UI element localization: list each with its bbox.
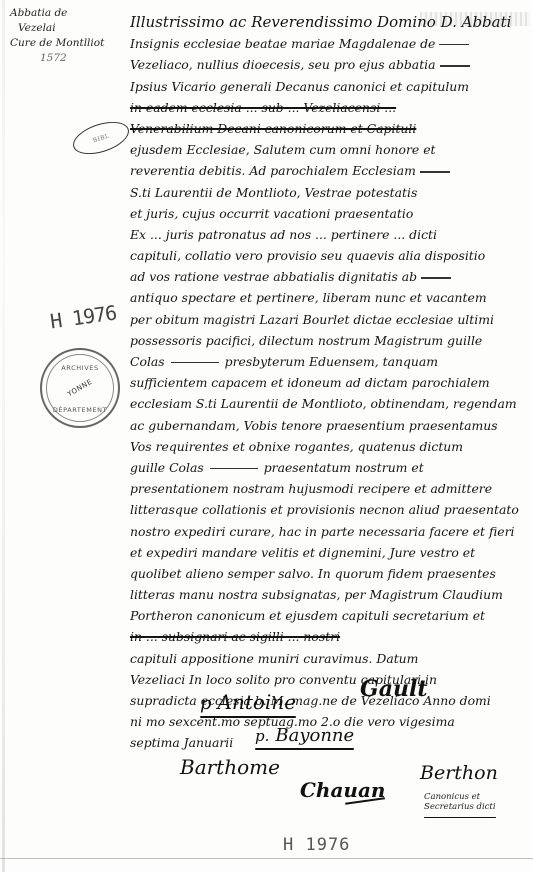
signature-text: Bayonne <box>275 725 354 746</box>
body-line: ad vos ratione vestrae abbatialis dignit… <box>130 266 530 287</box>
signature-underline <box>255 748 354 750</box>
margin-annotation: Abbatia de Vezelai Cure de Montlliot 157… <box>10 6 122 66</box>
signature-title: Canonicus et Secretarius dicti <box>424 792 496 812</box>
body-line: sufficientem capacem et idoneum ad dicta… <box>130 372 530 393</box>
page-bottom-edge <box>0 858 533 859</box>
signature-text: Antoine <box>218 690 297 714</box>
signature-title-line: Secretarius dicti <box>424 802 496 812</box>
body-line: Insignis ecclesiae beatae mariae Magdale… <box>130 33 530 54</box>
body-line: ac gubernandam, Vobis tenore praesentium… <box>130 415 530 436</box>
stamp-bottom-text: DÉPARTEMENT <box>42 406 118 414</box>
signature-antoine: pAntoine <box>200 690 296 714</box>
body-line: Vos requirentes et obnixe rogantes, quat… <box>130 436 530 457</box>
body-line-struck: in eadem ecclesia ... sub ... Vezeliacen… <box>130 97 530 118</box>
margin-note-line: Abbatia de <box>10 6 122 21</box>
body-line: capituli, collatio vero provisio seu qua… <box>130 245 530 266</box>
body-line: possessoris pacifici, dilectum nostrum M… <box>130 330 530 351</box>
body-line: supradicta ecclesia b. M. mag.ne de Veze… <box>130 690 530 711</box>
body-line: litteras manu nostra subsignatas, per Ma… <box>130 584 530 605</box>
signature-text: Gault <box>360 676 428 702</box>
body-line: Ipsius Vicario generali Decanus canonici… <box>130 76 530 97</box>
body-line: et expediri mandare velitis et dignemini… <box>130 542 530 563</box>
body-line: capituli appositione muniri curavimus. D… <box>130 648 530 669</box>
oval-stamp: BIBL <box>69 116 133 161</box>
body-line-partially-struck: in ... subsignari ac sigilli ... nostri <box>130 626 530 647</box>
body-line: litterasque collationis et provisionis n… <box>130 499 530 520</box>
signature-text: Berthon <box>420 762 498 784</box>
body-line: ejusdem Ecclesiae, Salutem cum omni hono… <box>130 139 530 160</box>
margin-note-year: 1572 <box>10 51 122 66</box>
body-line: presentationem nostram hujusmodi reciper… <box>130 478 530 499</box>
signature-barthome: Barthome <box>180 755 280 779</box>
body-line-struck: Venerabilium Decani canonicorum et Capit… <box>130 118 530 139</box>
body-line: Colaspresbyterum Eduensem, tanquam <box>130 351 530 372</box>
margin-note-line: Cure de Montlliot <box>10 36 122 51</box>
body-line: et juris, cujus occurrit vacationi praes… <box>130 203 530 224</box>
body-line: per obitum magistri Lazari Bourlet dicta… <box>130 309 530 330</box>
body-line: Illustrissimo ac Reverendissimo Domino D… <box>130 12 530 33</box>
signature-underline <box>424 817 496 818</box>
archive-number: H 1976 <box>283 835 350 855</box>
signature-text: Barthome <box>180 755 280 779</box>
signature-text: Chauan <box>300 778 385 802</box>
body-line: quolibet alieno semper salvo. In quorum … <box>130 563 530 584</box>
signature-berthon: Berthon <box>420 762 498 784</box>
signature-prefix: p <box>200 693 212 714</box>
signature-underline <box>200 716 296 718</box>
signature-chauan: Chauan <box>300 778 385 802</box>
signature-gault: Gault <box>360 676 428 702</box>
signature-prefix: p. <box>255 727 269 745</box>
page-edge-shadow <box>2 0 5 872</box>
body-line: guille Colaspraesentatum nostrum et <box>130 457 530 478</box>
body-line: Vezeliaci In loco solito pro conventu ca… <box>130 669 530 690</box>
body-line: S.ti Laurentii de Montlioto, Vestrae pot… <box>130 182 530 203</box>
margin-note-line: Vezelai <box>10 21 122 36</box>
stamp-center-text: YONNE <box>45 366 115 411</box>
signature-title-line: Canonicus et <box>424 792 496 802</box>
body-line: Vezeliaco, nullius dioecesis, seu pro ej… <box>130 54 530 75</box>
archive-round-stamp: ARCHIVES YONNE DÉPARTEMENT <box>40 348 120 428</box>
catalog-mark: H 1976 <box>49 301 118 334</box>
body-line: antiquo spectare et pertinere, liberam n… <box>130 287 530 308</box>
body-line: Portheron canonicum et ejusdem capituli … <box>130 605 530 626</box>
body-line: ecclesiam S.ti Laurentii de Montlioto, o… <box>130 393 530 414</box>
body-line: nostro expediri curare, hac in parte nec… <box>130 521 530 542</box>
manuscript-body: Illustrissimo ac Reverendissimo Domino D… <box>130 12 530 754</box>
oval-stamp-text: BIBL <box>92 132 111 144</box>
signature-bayonne: p.Bayonne <box>255 725 354 746</box>
manuscript-page: Abbatia de Vezelai Cure de Montlliot 157… <box>0 0 533 872</box>
body-line: Ex ... juris patronatus ad nos ... perti… <box>130 224 530 245</box>
body-line: reverentia debitis. Ad parochialem Eccle… <box>130 160 530 181</box>
